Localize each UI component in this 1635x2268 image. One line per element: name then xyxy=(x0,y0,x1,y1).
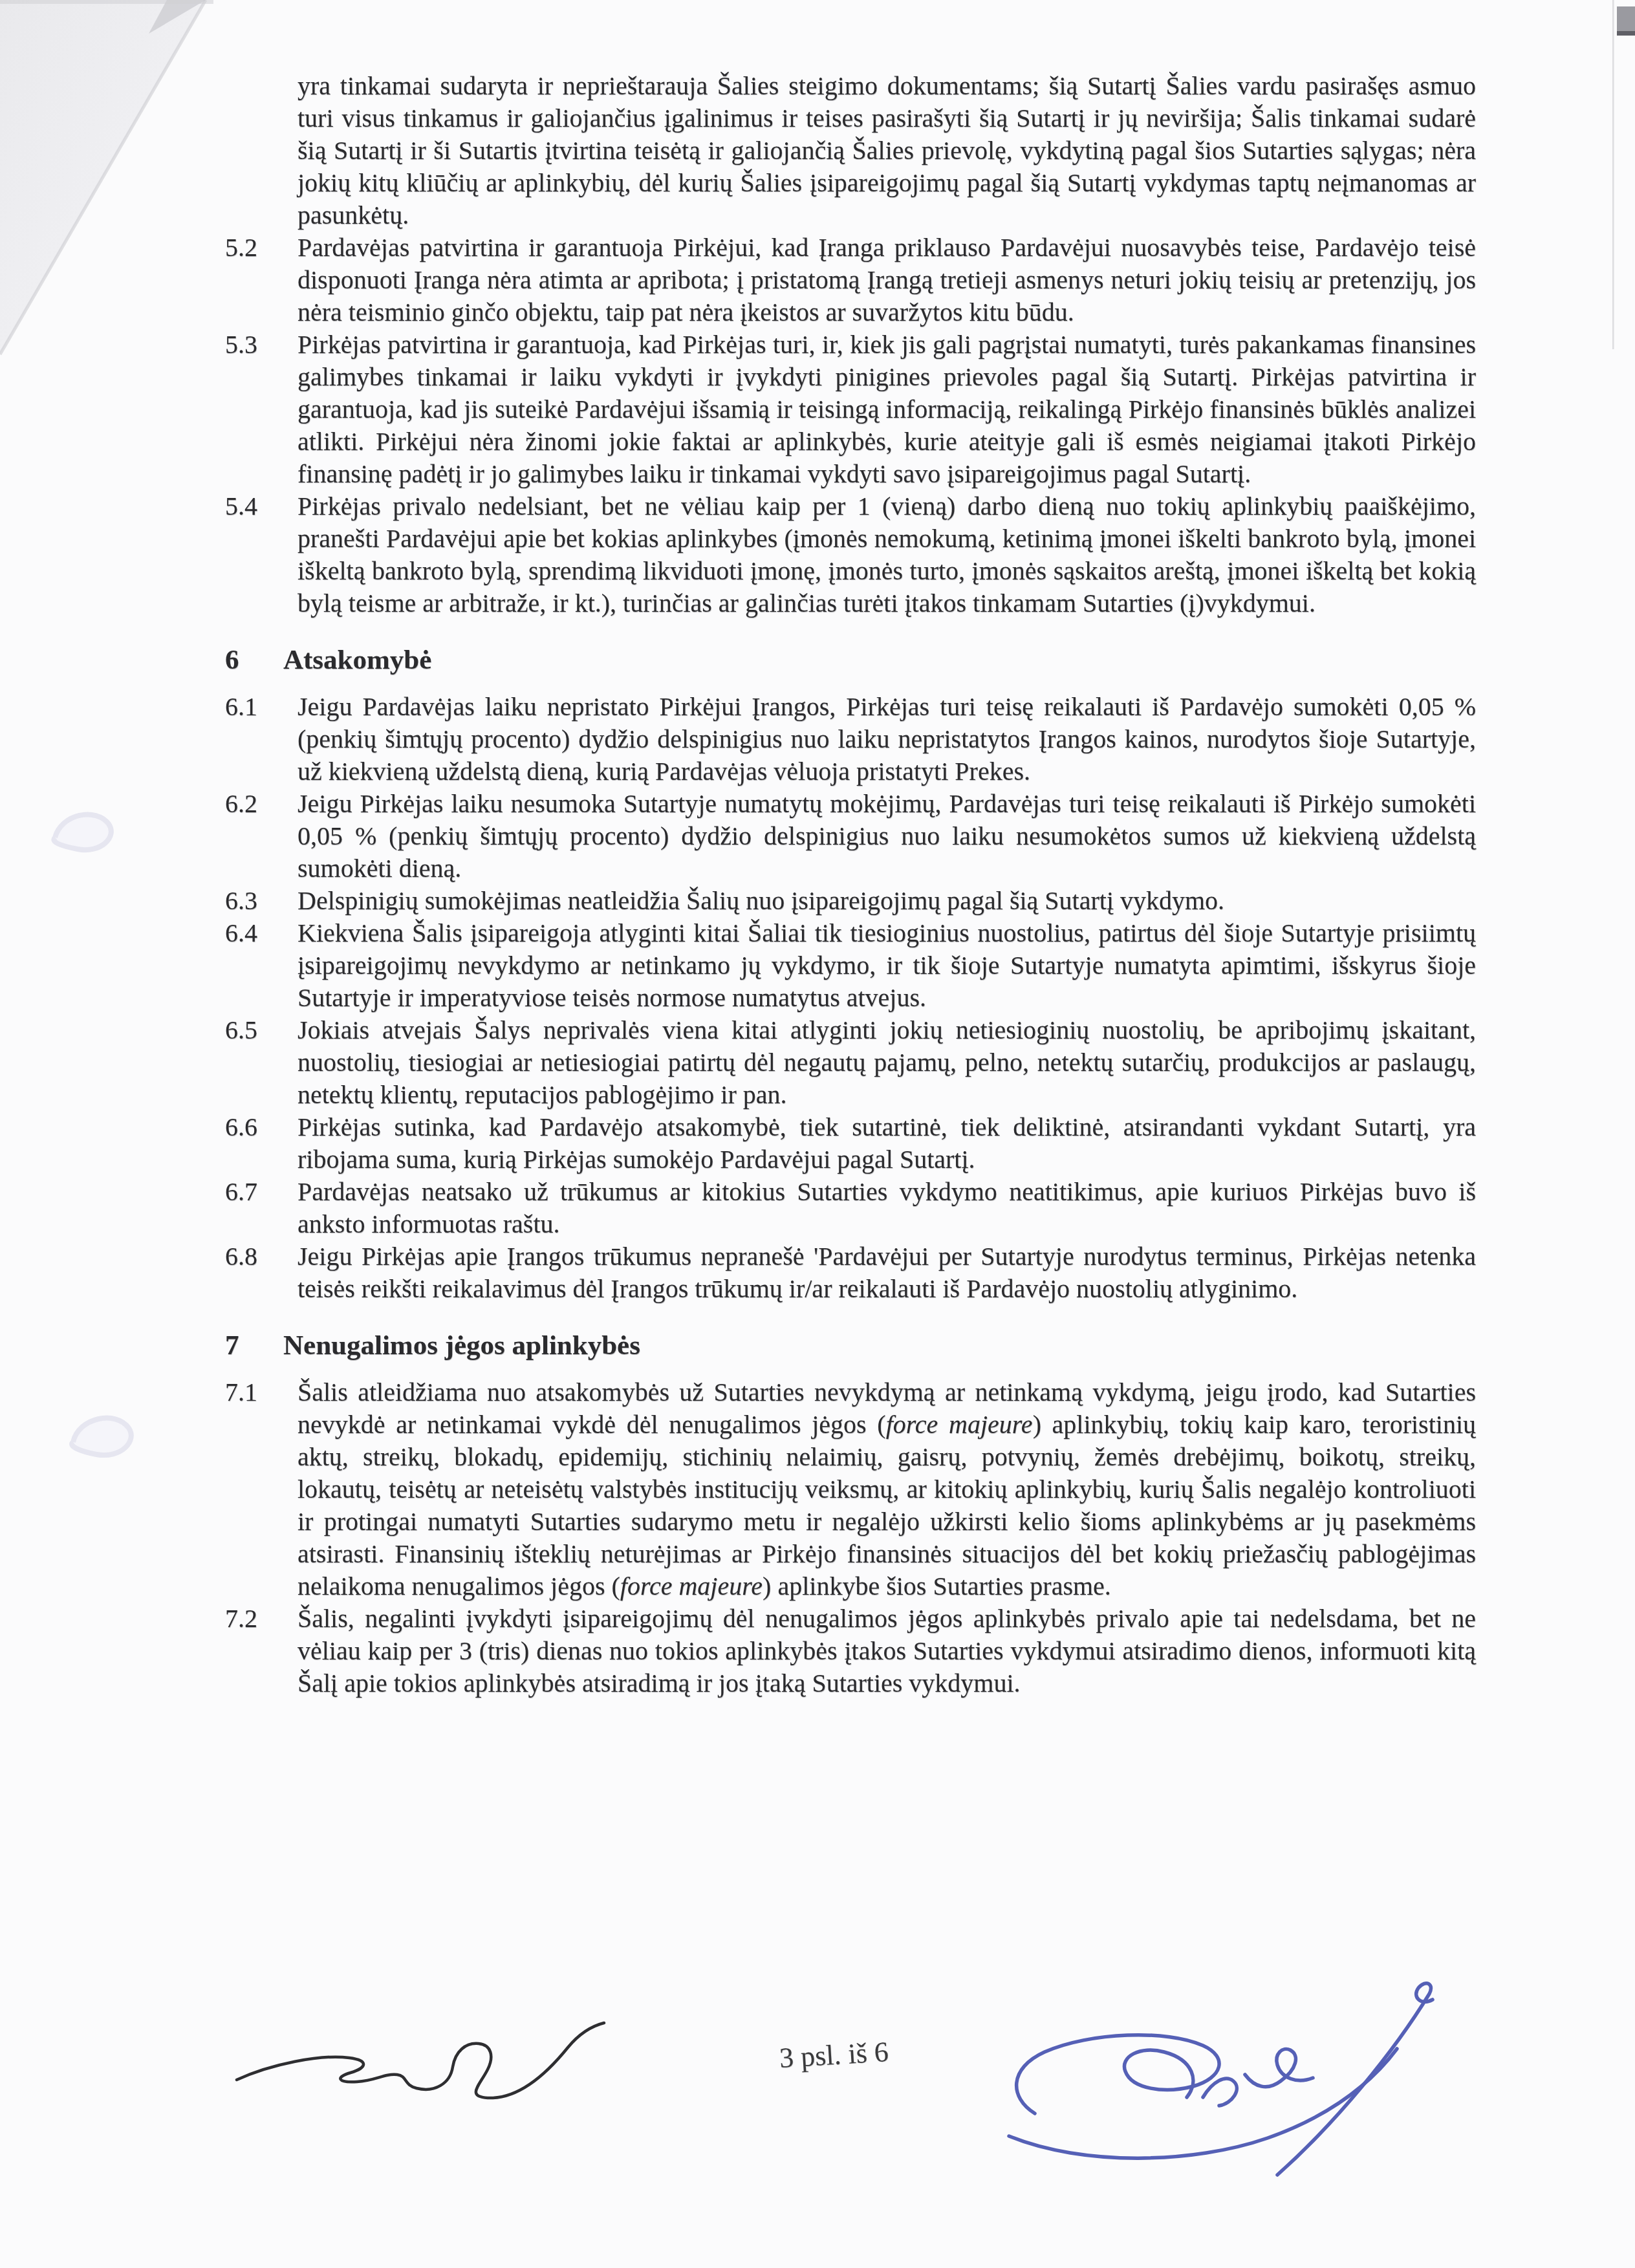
clause-6-3: 6.3 Delspinigių sumokėjimas neatleidžia … xyxy=(225,885,1476,917)
clause-text: Šalis, negalinti įvykdyti įsipareigojimų… xyxy=(298,1603,1476,1700)
contract-text-block: yra tinkamai sudaryta ir neprieštarauja … xyxy=(0,0,1635,1700)
scanned-contract-page: { "document": { "continuation_paragraph"… xyxy=(0,0,1635,2268)
section-number: 6 xyxy=(225,644,283,676)
page-number-indicator: 3 psl. iš 6 xyxy=(779,2035,890,2075)
clause-number: 6.6 xyxy=(225,1111,298,1176)
section-title: Nenugalimos jėgos aplinkybės xyxy=(283,1330,640,1362)
clause-number: 6.1 xyxy=(225,691,298,788)
clause-text: Delspinigių sumokėjimas neatleidžia Šali… xyxy=(298,885,1476,917)
clause-text: Pirkėjas patvirtina ir garantuoja, kad P… xyxy=(298,329,1476,490)
clause-number: 7.2 xyxy=(225,1603,298,1700)
clause-number: 5.2 xyxy=(225,232,298,329)
section-6-heading: 6 Atsakomybė xyxy=(225,644,1476,676)
continuation-paragraph: yra tinkamai sudaryta ir neprieštarauja … xyxy=(298,70,1476,232)
clause-text: Šalis atleidžiama nuo atsakomybės už Sut… xyxy=(298,1376,1476,1603)
clause-number: 5.3 xyxy=(225,329,298,490)
clause-text: Jeigu Pardavėjas laiku nepristato Pirkėj… xyxy=(298,691,1476,788)
clause-6-2: 6.2 Jeigu Pirkėjas laiku nesumoka Sutart… xyxy=(225,788,1476,885)
section-number: 7 xyxy=(225,1330,283,1362)
clause-number: 6.8 xyxy=(225,1240,298,1305)
clause-number: 6.4 xyxy=(225,917,298,1014)
clause-number: 6.5 xyxy=(225,1014,298,1111)
section-title: Atsakomybė xyxy=(283,644,431,676)
clause-7-2: 7.2 Šalis, negalinti įvykdyti įsipareigo… xyxy=(225,1603,1476,1700)
clause-text: Jeigu Pirkėjas laiku nesumoka Sutartyje … xyxy=(298,788,1476,885)
signature-left xyxy=(232,2016,620,2117)
clause-5-2: 5.2 Pardavėjas patvirtina ir garantuoja … xyxy=(225,232,1476,329)
clause-5-4: 5.4 Pirkėjas privalo nedelsiant, bet ne … xyxy=(225,490,1476,620)
clause-text: Pardavėjas patvirtina ir garantuoja Pirk… xyxy=(298,232,1476,329)
clause-number: 6.3 xyxy=(225,885,298,917)
clause-text: Pirkėjas privalo nedelsiant, bet ne vėli… xyxy=(298,490,1476,620)
clause-6-7: 6.7 Pardavėjas neatsako už trūkumus ar k… xyxy=(225,1176,1476,1240)
clause-7-1: 7.1 Šalis atleidžiama nuo atsakomybės už… xyxy=(225,1376,1476,1603)
clause-6-5: 6.5 Jokiais atvejais Šalys neprivalės vi… xyxy=(225,1014,1476,1111)
clause-6-4: 6.4 Kiekviena Šalis įsipareigoja atlygin… xyxy=(225,917,1476,1014)
clause-text: Jeigu Pirkėjas apie Įrangos trūkumus nep… xyxy=(298,1240,1476,1305)
clause-text: Jokiais atvejais Šalys neprivalės viena … xyxy=(298,1014,1476,1111)
signature-right xyxy=(973,1978,1455,2181)
clause-number: 5.4 xyxy=(225,490,298,620)
clause-6-1: 6.1 Jeigu Pardavėjas laiku nepristato Pi… xyxy=(225,691,1476,788)
clause-number: 6.2 xyxy=(225,788,298,885)
section-7-heading: 7 Nenugalimos jėgos aplinkybės xyxy=(225,1330,1476,1362)
clause-6-8: 6.8 Jeigu Pirkėjas apie Įrangos trūkumus… xyxy=(225,1240,1476,1305)
clause-5-3: 5.3 Pirkėjas patvirtina ir garantuoja, k… xyxy=(225,329,1476,490)
clause-text: Kiekviena Šalis įsipareigoja atlyginti k… xyxy=(298,917,1476,1014)
clause-6-6: 6.6 Pirkėjas sutinka, kad Pardavėjo atsa… xyxy=(225,1111,1476,1176)
clause-text: Pirkėjas sutinka, kad Pardavėjo atsakomy… xyxy=(298,1111,1476,1176)
clause-number: 7.1 xyxy=(225,1376,298,1603)
clause-number: 6.7 xyxy=(225,1176,298,1240)
clause-text: Pardavėjas neatsako už trūkumus ar kitok… xyxy=(298,1176,1476,1240)
